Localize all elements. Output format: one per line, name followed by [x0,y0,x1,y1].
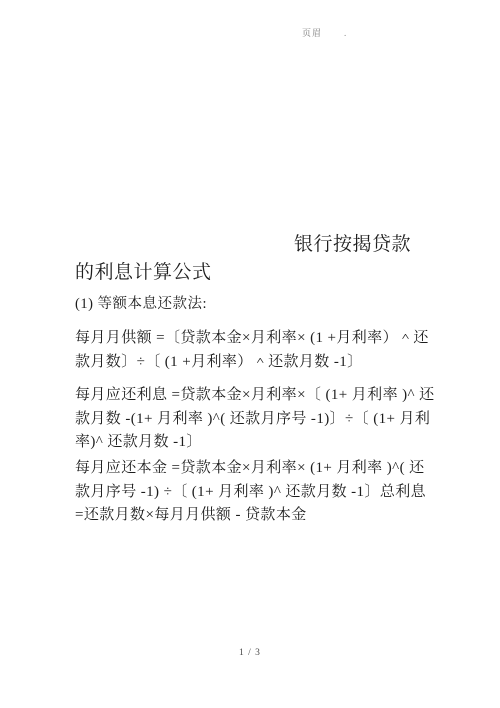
header-mark: . [344,28,347,38]
document-page: 页眉. 银行按揭贷款 的利息计算公式 (1) 等额本息还款法: 每月月供额 =〔… [0,0,500,708]
document-title-line-2: 的利息计算公式 [75,257,212,284]
paragraph-line: 款月数 -(1+ 月利率 )^( 还款月序号 -1)〕÷〔 (1+ 月利 [75,408,435,432]
paragraph-line: 每月应还本金 =贷款本金×月利率× (1+ 月利率 )^( 还 [75,457,426,481]
formula-paragraph-monthly-interest: 每月应还利息 =贷款本金×月利率×〔 (1+ 月利率 )^ 还 款月数 -(1+… [75,384,435,455]
paragraph-line: 率)^ 还款月数 -1〕 [75,431,435,455]
formula-paragraph-monthly-principal: 每月应还本金 =贷款本金×月利率× (1+ 月利率 )^( 还 款月序号 -1)… [75,457,426,528]
paragraph-line: 款月序号 -1) ÷〔 (1+ 月利率 )^ 还款月数 -1〕总利息 [75,481,426,505]
page-header: 页眉. [302,26,347,39]
paragraph-line: 每月月供额 =〔贷款本金×月利率× (1 +月利率）＾还 [75,327,429,351]
paragraph-line: 款月数〕÷〔 (1 +月利率）＾还款月数 -1〕 [75,351,429,375]
paragraph-line: 每月应还利息 =贷款本金×月利率×〔 (1+ 月利率 )^ 还 [75,384,435,408]
formula-paragraph-monthly-payment: 每月月供额 =〔贷款本金×月利率× (1 +月利率）＾还 款月数〕÷〔 (1 +… [75,327,429,374]
paragraph-line: =还款月数×每月月供额 - 贷款本金 [75,504,426,528]
section-label: (1) 等额本息还款法: [75,292,207,313]
header-label: 页眉 [302,28,322,38]
document-title-line-1: 银行按揭贷款 [294,229,411,256]
page-number-indicator: 1 / 3 [0,648,500,658]
